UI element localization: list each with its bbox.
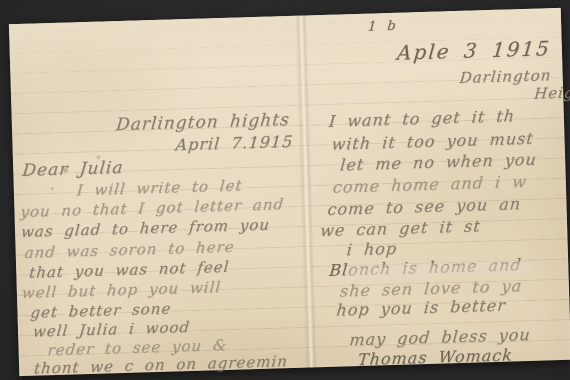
- letter-paper: Darlington hights April 7.1915 Dear Juli…: [9, 8, 570, 376]
- letter-line: hop you is better: [336, 298, 507, 319]
- right-heading-date: Aple 3 1915: [396, 38, 552, 63]
- letter-line: well but hop you will: [21, 280, 222, 301]
- left-heading-place: Darlington hights: [115, 112, 290, 134]
- right-page: 1 b Aple 3 1915 Darlington Heig I want t…: [9, 8, 561, 24]
- letter-line: was glad to here from you: [20, 218, 270, 240]
- letter-line: come home and i w: [332, 174, 527, 196]
- signature: Thomas Womack: [357, 347, 513, 368]
- letter-line: i hop: [346, 241, 398, 259]
- letter-line: I will write to let: [76, 178, 243, 198]
- letter-line: with it too you must: [331, 131, 535, 153]
- right-heading-place-1: Darlington: [459, 68, 552, 86]
- letter-line: get better sone: [30, 302, 172, 321]
- letter-line: that you was not feel: [29, 260, 231, 281]
- salutation: Dear Julia: [22, 160, 125, 180]
- left-heading-date: April 7.1915: [175, 134, 294, 154]
- right-heading-place-2: Heig: [533, 85, 570, 101]
- letter-photograph: Darlington hights April 7.1915 Dear Juli…: [0, 0, 570, 380]
- letter-line: I want to get it th: [328, 108, 516, 130]
- left-page: Darlington hights April 7.1915 Dear Juli…: [9, 8, 561, 24]
- letter-line: let me no when you: [339, 152, 537, 174]
- center-fold-crease: [295, 15, 317, 367]
- letter-line: we can get it st: [319, 218, 481, 239]
- page-number-annotation: 1 b: [367, 20, 397, 34]
- letter-line: come to see you an: [327, 196, 522, 218]
